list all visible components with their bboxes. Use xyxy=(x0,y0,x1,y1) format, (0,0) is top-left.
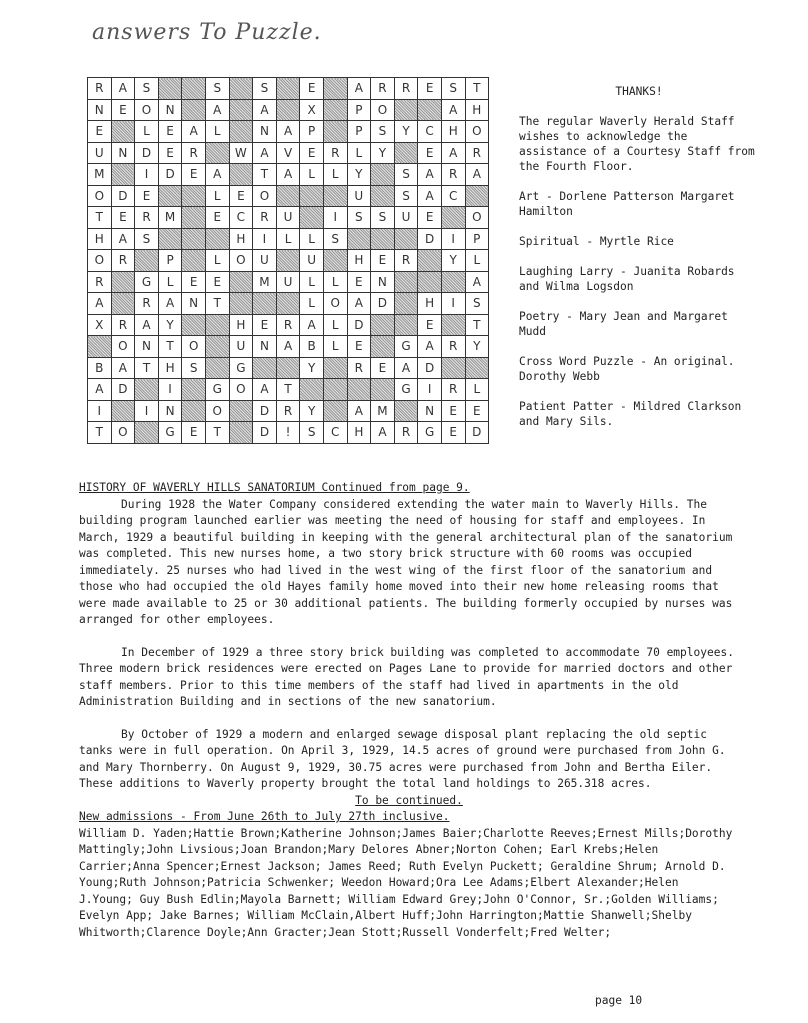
letter-cell: N xyxy=(88,99,112,121)
letter-cell: R xyxy=(323,142,347,164)
black-square xyxy=(182,250,206,272)
letter-cell: S xyxy=(394,185,418,207)
letter-cell: L xyxy=(300,228,324,250)
letter-cell: L xyxy=(323,336,347,358)
letter-cell: A xyxy=(347,293,371,315)
letter-cell: E xyxy=(347,336,371,358)
black-square xyxy=(182,78,206,100)
letter-cell: L xyxy=(205,121,229,143)
black-square xyxy=(182,314,206,336)
black-square xyxy=(135,250,159,272)
grid-row: TOGETD!SCHARGED xyxy=(88,422,489,444)
letter-cell: Y xyxy=(300,400,324,422)
letter-cell: E xyxy=(418,314,442,336)
letter-cell: B xyxy=(300,336,324,358)
letter-cell: A xyxy=(111,228,135,250)
credit-item: Spiritual - Myrtle Rice xyxy=(519,234,759,249)
crossword-grid: RASSSEARRESTNEONAAXPOAHELEALNAPPSYCHOUND… xyxy=(87,77,489,444)
letter-cell: H xyxy=(465,99,489,121)
letter-cell: A xyxy=(253,99,277,121)
letter-cell: O xyxy=(111,336,135,358)
letter-cell: E xyxy=(418,78,442,100)
letter-cell: P xyxy=(158,250,182,272)
history-heading: HISTORY OF WAVERLY HILLS SANATORIUM Cont… xyxy=(79,480,739,497)
letter-cell: G xyxy=(135,271,159,293)
history-article: HISTORY OF WAVERLY HILLS SANATORIUM Cont… xyxy=(79,480,739,941)
thanks-section: THANKS! The regular Waverly Herald Staff… xyxy=(519,84,759,429)
black-square xyxy=(182,207,206,229)
black-square xyxy=(111,271,135,293)
letter-cell: D xyxy=(418,357,442,379)
letter-cell: R xyxy=(111,250,135,272)
letter-cell: O xyxy=(229,250,253,272)
black-square xyxy=(371,336,395,358)
black-square xyxy=(347,379,371,401)
letter-cell: A xyxy=(347,400,371,422)
letter-cell: R xyxy=(441,336,465,358)
letter-cell: R xyxy=(135,207,159,229)
letter-cell: L xyxy=(465,379,489,401)
letter-cell: U xyxy=(276,271,300,293)
letter-cell: S xyxy=(347,207,371,229)
black-square xyxy=(323,400,347,422)
letter-cell: U xyxy=(347,185,371,207)
letter-cell: ! xyxy=(276,422,300,444)
letter-cell: R xyxy=(347,357,371,379)
letter-cell: T xyxy=(465,78,489,100)
black-square xyxy=(111,400,135,422)
black-square xyxy=(276,250,300,272)
letter-cell: L xyxy=(158,271,182,293)
letter-cell: R xyxy=(182,142,206,164)
letter-cell: O xyxy=(371,99,395,121)
black-square xyxy=(418,250,442,272)
handwritten-heading: answers To Puzzle. xyxy=(92,20,322,45)
black-square xyxy=(276,99,300,121)
black-square xyxy=(135,379,159,401)
credit-item: Poetry - Mary Jean and Margaret Mudd xyxy=(519,309,759,339)
letter-cell: S xyxy=(205,78,229,100)
letter-cell: E xyxy=(347,271,371,293)
black-square xyxy=(276,357,300,379)
letter-cell: G xyxy=(418,422,442,444)
letter-cell: Y xyxy=(441,250,465,272)
letter-cell: T xyxy=(205,422,229,444)
letter-cell: A xyxy=(205,164,229,186)
black-square xyxy=(158,228,182,250)
letter-cell: X xyxy=(88,314,112,336)
black-square xyxy=(418,99,442,121)
black-square xyxy=(323,250,347,272)
letter-cell: T xyxy=(135,357,159,379)
letter-cell: C xyxy=(441,185,465,207)
letter-cell: A xyxy=(276,121,300,143)
letter-cell: M xyxy=(158,207,182,229)
black-square xyxy=(135,422,159,444)
letter-cell: O xyxy=(88,250,112,272)
letter-cell: T xyxy=(253,164,277,186)
letter-cell: T xyxy=(88,422,112,444)
letter-cell: O xyxy=(111,422,135,444)
black-square xyxy=(229,293,253,315)
letter-cell: A xyxy=(418,336,442,358)
letter-cell: Y xyxy=(158,314,182,336)
letter-cell: O xyxy=(88,185,112,207)
letter-cell: U xyxy=(300,250,324,272)
letter-cell: L xyxy=(347,142,371,164)
letter-cell: O xyxy=(182,336,206,358)
letter-cell: O xyxy=(465,207,489,229)
black-square xyxy=(158,185,182,207)
letter-cell: R xyxy=(394,78,418,100)
letter-cell: U xyxy=(276,207,300,229)
grid-row: ONTOUNABLEGARY xyxy=(88,336,489,358)
grid-row: ORPLOUUHERYL xyxy=(88,250,489,272)
letter-cell: A xyxy=(465,164,489,186)
letter-cell: Y xyxy=(347,164,371,186)
letter-cell: L xyxy=(205,185,229,207)
letter-cell: L xyxy=(300,293,324,315)
letter-cell: E xyxy=(465,400,489,422)
letter-cell: A xyxy=(441,142,465,164)
letter-cell: L xyxy=(323,271,347,293)
letter-cell: G xyxy=(205,379,229,401)
letter-cell: E xyxy=(111,207,135,229)
black-square xyxy=(111,164,135,186)
black-square xyxy=(229,99,253,121)
letter-cell: E xyxy=(441,422,465,444)
letter-cell: M xyxy=(253,271,277,293)
letter-cell: N xyxy=(371,271,395,293)
letter-cell: A xyxy=(111,357,135,379)
black-square xyxy=(276,185,300,207)
letter-cell: A xyxy=(371,422,395,444)
grid-row: IINODRYAMNEE xyxy=(88,400,489,422)
letter-cell: E xyxy=(371,250,395,272)
grid-row: TERMECRUISSUEO xyxy=(88,207,489,229)
black-square xyxy=(394,271,418,293)
letter-cell: D xyxy=(465,422,489,444)
black-square xyxy=(347,228,371,250)
letter-cell: I xyxy=(135,400,159,422)
letter-cell: S xyxy=(371,121,395,143)
letter-cell: R xyxy=(394,250,418,272)
black-square xyxy=(323,121,347,143)
letter-cell: I xyxy=(441,293,465,315)
letter-cell: E xyxy=(300,78,324,100)
letter-cell: D xyxy=(158,164,182,186)
letter-cell: E xyxy=(253,314,277,336)
letter-cell: S xyxy=(253,78,277,100)
grid-row: ADIGOATGIRL xyxy=(88,379,489,401)
letter-cell: E xyxy=(111,99,135,121)
black-square xyxy=(371,185,395,207)
letter-cell: H xyxy=(229,228,253,250)
black-square xyxy=(371,228,395,250)
letter-cell: D xyxy=(253,422,277,444)
letter-cell: N xyxy=(253,121,277,143)
letter-cell: Y xyxy=(371,142,395,164)
letter-cell: X xyxy=(300,99,324,121)
letter-cell: A xyxy=(300,314,324,336)
grid-row: UNDERWAVERLYEAR xyxy=(88,142,489,164)
black-square xyxy=(205,314,229,336)
letter-cell: S xyxy=(465,293,489,315)
grid-row: ELEALNAPPSYCHO xyxy=(88,121,489,143)
letter-cell: S xyxy=(182,357,206,379)
letter-cell: R xyxy=(441,379,465,401)
letter-cell: I xyxy=(323,207,347,229)
grid-row: NEONAAXPOAH xyxy=(88,99,489,121)
grid-row: ODELEOUSAC xyxy=(88,185,489,207)
letter-cell: E xyxy=(205,207,229,229)
admissions-heading: New admissions - From June 26th to July … xyxy=(79,809,739,826)
letter-cell: N xyxy=(182,293,206,315)
black-square xyxy=(182,228,206,250)
letter-cell: Y xyxy=(300,357,324,379)
black-square xyxy=(276,78,300,100)
black-square xyxy=(229,78,253,100)
letter-cell: R xyxy=(88,271,112,293)
letter-cell: C xyxy=(418,121,442,143)
letter-cell: T xyxy=(88,207,112,229)
letter-cell: I xyxy=(441,228,465,250)
letter-cell: A xyxy=(418,185,442,207)
letter-cell: H xyxy=(441,121,465,143)
letter-cell: H xyxy=(418,293,442,315)
letter-cell: E xyxy=(182,271,206,293)
history-paragraph-3: By October of 1929 a modern and enlarged… xyxy=(79,727,739,793)
black-square xyxy=(182,185,206,207)
letter-cell: P xyxy=(347,121,371,143)
grid-row: BATHSGYREAD xyxy=(88,357,489,379)
black-square xyxy=(229,400,253,422)
black-square xyxy=(441,207,465,229)
letter-cell: D xyxy=(371,293,395,315)
black-square xyxy=(276,293,300,315)
letter-cell: C xyxy=(229,207,253,229)
black-square xyxy=(371,314,395,336)
letter-cell: A xyxy=(347,78,371,100)
letter-cell: O xyxy=(135,99,159,121)
black-square xyxy=(300,207,324,229)
black-square xyxy=(323,78,347,100)
letter-cell: E xyxy=(418,142,442,164)
letter-cell: S xyxy=(300,422,324,444)
letter-cell: R xyxy=(253,207,277,229)
letter-cell: A xyxy=(135,314,159,336)
black-square xyxy=(418,271,442,293)
letter-cell: D xyxy=(111,185,135,207)
letter-cell: E xyxy=(158,142,182,164)
black-square xyxy=(394,293,418,315)
letter-cell: A xyxy=(253,379,277,401)
letter-cell: L xyxy=(465,250,489,272)
black-square xyxy=(441,271,465,293)
grid-row: RGLEEMULLENA xyxy=(88,271,489,293)
letter-cell: O xyxy=(229,379,253,401)
letter-cell: H xyxy=(158,357,182,379)
black-square xyxy=(300,379,324,401)
letter-cell: D xyxy=(253,400,277,422)
black-square xyxy=(111,293,135,315)
black-square xyxy=(253,357,277,379)
letter-cell: W xyxy=(229,142,253,164)
letter-cell: E xyxy=(182,422,206,444)
letter-cell: P xyxy=(347,99,371,121)
letter-cell: T xyxy=(465,314,489,336)
letter-cell: T xyxy=(158,336,182,358)
letter-cell: O xyxy=(465,121,489,143)
letter-cell: A xyxy=(394,357,418,379)
letter-cell: I xyxy=(135,164,159,186)
letter-cell: E xyxy=(229,185,253,207)
letter-cell: L xyxy=(135,121,159,143)
letter-cell: E xyxy=(418,207,442,229)
black-square xyxy=(323,185,347,207)
black-square xyxy=(441,314,465,336)
letter-cell: T xyxy=(205,293,229,315)
letter-cell: E xyxy=(371,357,395,379)
black-square xyxy=(229,164,253,186)
black-square xyxy=(371,379,395,401)
letter-cell: V xyxy=(276,142,300,164)
letter-cell: N xyxy=(253,336,277,358)
letter-cell: I xyxy=(418,379,442,401)
black-square xyxy=(182,379,206,401)
history-paragraph-1: During 1928 the Water Company considered… xyxy=(79,497,739,629)
letter-cell: U xyxy=(88,142,112,164)
letter-cell: A xyxy=(182,121,206,143)
letter-cell: N xyxy=(111,142,135,164)
letter-cell: A xyxy=(465,271,489,293)
black-square xyxy=(323,99,347,121)
letter-cell: E xyxy=(88,121,112,143)
letter-cell: G xyxy=(394,336,418,358)
letter-cell: G xyxy=(229,357,253,379)
credit-item: Laughing Larry - Juanita Robards and Wil… xyxy=(519,264,759,294)
letter-cell: G xyxy=(158,422,182,444)
black-square xyxy=(111,121,135,143)
credit-item: Cross Word Puzzle - An original. Dorothy… xyxy=(519,354,759,384)
black-square xyxy=(394,314,418,336)
letter-cell: G xyxy=(394,379,418,401)
black-square xyxy=(253,293,277,315)
letter-cell: L xyxy=(323,164,347,186)
letter-cell: N xyxy=(418,400,442,422)
credits-list: Art - Dorlene Patterson Margaret Hamilto… xyxy=(519,189,759,429)
letter-cell: S xyxy=(135,78,159,100)
letter-cell: S xyxy=(371,207,395,229)
letter-cell: M xyxy=(88,164,112,186)
letter-cell: D xyxy=(135,142,159,164)
black-square xyxy=(394,228,418,250)
letter-cell: S xyxy=(135,228,159,250)
black-square xyxy=(394,142,418,164)
letter-cell: L xyxy=(300,164,324,186)
letter-cell: R xyxy=(111,314,135,336)
letter-cell: R xyxy=(394,422,418,444)
letter-cell: O xyxy=(205,400,229,422)
thanks-intro: The regular Waverly Herald Staff wishes … xyxy=(519,114,759,174)
letter-cell: R xyxy=(465,142,489,164)
letter-cell: Y xyxy=(394,121,418,143)
letter-cell: A xyxy=(111,78,135,100)
letter-cell: H xyxy=(88,228,112,250)
letter-cell: R xyxy=(441,164,465,186)
admissions-list: William D. Yaden;Hattie Brown;Katherine … xyxy=(79,826,739,942)
letter-cell: S xyxy=(323,228,347,250)
letter-cell: E xyxy=(441,400,465,422)
letter-cell: E xyxy=(182,164,206,186)
black-square xyxy=(182,400,206,422)
black-square xyxy=(158,78,182,100)
letter-cell: B xyxy=(88,357,112,379)
letter-cell: A xyxy=(253,142,277,164)
black-square xyxy=(371,164,395,186)
letter-cell: I xyxy=(88,400,112,422)
credit-item: Patient Patter - Mildred Clarkson and Ma… xyxy=(519,399,759,429)
letter-cell: A xyxy=(276,164,300,186)
black-square xyxy=(465,357,489,379)
letter-cell: H xyxy=(347,422,371,444)
letter-cell: A xyxy=(205,99,229,121)
letter-cell: E xyxy=(205,271,229,293)
letter-cell: D xyxy=(418,228,442,250)
letter-cell: H xyxy=(229,314,253,336)
grid-row: ARANTLOADHIS xyxy=(88,293,489,315)
black-square xyxy=(182,99,206,121)
letter-cell: E xyxy=(135,185,159,207)
black-square xyxy=(323,357,347,379)
thanks-title: THANKS! xyxy=(519,84,759,99)
black-square xyxy=(300,185,324,207)
letter-cell: A xyxy=(441,99,465,121)
black-square xyxy=(465,185,489,207)
grid-row: XRAYHERALDET xyxy=(88,314,489,336)
letter-cell: R xyxy=(135,293,159,315)
letter-cell: N xyxy=(135,336,159,358)
letter-cell: L xyxy=(205,250,229,272)
letter-cell: S xyxy=(394,164,418,186)
letter-cell: R xyxy=(88,78,112,100)
black-square xyxy=(229,271,253,293)
letter-cell: M xyxy=(371,400,395,422)
continued-note: To be continued. xyxy=(355,794,463,807)
black-square xyxy=(323,379,347,401)
page-number: page 10 xyxy=(595,994,642,1007)
grid-row: RASSSEARREST xyxy=(88,78,489,100)
letter-cell: R xyxy=(371,78,395,100)
black-square xyxy=(205,228,229,250)
credit-item: Art - Dorlene Patterson Margaret Hamilto… xyxy=(519,189,759,219)
letter-cell: L xyxy=(276,228,300,250)
black-square xyxy=(229,422,253,444)
black-square xyxy=(229,121,253,143)
letter-cell: Y xyxy=(465,336,489,358)
grid-row: HASHILLSDIP xyxy=(88,228,489,250)
letter-cell: I xyxy=(158,379,182,401)
letter-cell: U xyxy=(229,336,253,358)
letter-cell: L xyxy=(300,271,324,293)
letter-cell: S xyxy=(441,78,465,100)
letter-cell: U xyxy=(394,207,418,229)
black-square xyxy=(205,336,229,358)
black-square xyxy=(205,357,229,379)
letter-cell: E xyxy=(158,121,182,143)
letter-cell: R xyxy=(276,314,300,336)
letter-cell: H xyxy=(347,250,371,272)
